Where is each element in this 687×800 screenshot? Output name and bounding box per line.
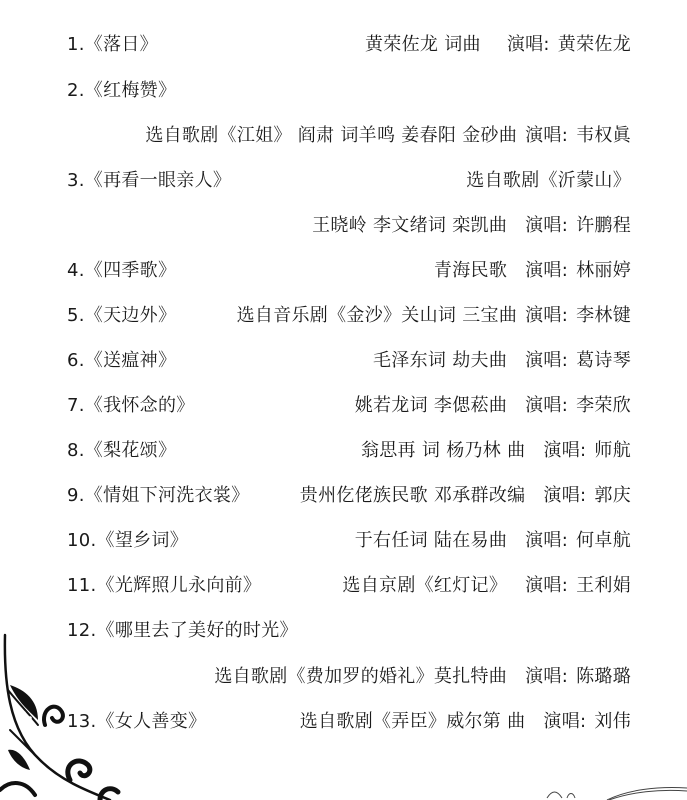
song-title: 《天边外》: [85, 305, 177, 326]
singer-label: 演唱:: [525, 346, 568, 376]
singer-label: 演唱:: [543, 481, 586, 511]
concert-program-page: 1.《落日》 黄荣佐龙 词曲演唱:黄荣佐龙 2.《红梅赞》 选自歌剧《江姐》 阎…: [0, 0, 687, 800]
item-number: 10.: [67, 530, 97, 551]
credits: 选自歌剧《江姐》 阎肃 词羊鸣 姜春阳 金砂曲: [145, 121, 517, 151]
program-item-8-credits-line: 翁思再 词 杨乃林 曲演唱:师航: [361, 436, 631, 466]
credits: 王晓岭 李文绪词 栾凯曲: [312, 211, 507, 241]
program-item-8-title-line: 8.《梨花颂》: [67, 436, 176, 466]
singer: 王利娟: [576, 571, 631, 601]
credits: 选自歌剧《费加罗的婚礼》莫扎特曲: [214, 662, 507, 692]
singer: 何卓航: [576, 526, 631, 556]
item-number: 5.: [67, 305, 85, 326]
song-title: 《我怀念的》: [85, 395, 195, 416]
singer: 李林键: [576, 301, 631, 331]
program-item-7-title-line: 7.《我怀念的》: [67, 391, 195, 421]
program-item-7-credits-line: 姚若龙词 李偲菘曲演唱:李荣欣: [355, 391, 631, 421]
item-number: 3.: [67, 170, 85, 191]
singer: 葛诗琴: [576, 346, 631, 376]
program-item-13-credits-line: 选自歌剧《弄臣》威尔第 曲演唱:刘伟: [300, 707, 631, 737]
program-item-5-credits-line: 选自音乐剧《金沙》关山词 三宝曲演唱:李林键: [237, 301, 631, 331]
singer-label: 演唱:: [543, 707, 586, 737]
program-item-3-source-line: 选自歌剧《沂蒙山》: [466, 166, 631, 196]
singer: 许鹏程: [576, 211, 631, 241]
singer-label: 演唱:: [525, 526, 568, 556]
singer: 林丽婷: [576, 256, 631, 286]
song-title: 《望乡词》: [97, 530, 189, 551]
program-item-1-credits-line: 黄荣佐龙 词曲演唱:黄荣佐龙: [365, 30, 631, 60]
singer-label: 演唱:: [525, 121, 568, 151]
program-item-6-title-line: 6.《送瘟神》: [67, 346, 176, 376]
song-title: 《落日》: [85, 34, 158, 55]
singer-label: 演唱:: [525, 662, 568, 692]
song-title: 《四季歌》: [85, 260, 177, 281]
singer-label: 演唱:: [525, 391, 568, 421]
item-number: 6.: [67, 350, 85, 371]
program-item-10-credits-line: 于右任词 陆在易曲演唱:何卓航: [355, 526, 631, 556]
singer-label: 演唱:: [525, 211, 568, 241]
program-item-2-credits-line: 选自歌剧《江姐》 阎肃 词羊鸣 姜春阳 金砂曲演唱:韦权眞: [145, 121, 631, 151]
credits: 翁思再 词 杨乃林 曲: [361, 436, 525, 466]
singer: 刘伟: [594, 707, 631, 737]
decorative-swirl-icon: [527, 780, 687, 800]
credits: 于右任词 陆在易曲: [355, 526, 507, 556]
singer-label: 演唱:: [525, 256, 568, 286]
program-item-4-credits-line: 青海民歌演唱:林丽婷: [434, 256, 631, 286]
singer: 师航: [594, 436, 631, 466]
program-item-1-title-line: 1.《落日》: [67, 30, 158, 60]
program-item-11-title-line: 11.《光辉照儿永向前》: [67, 571, 261, 601]
song-title: 《送瘟神》: [85, 350, 177, 371]
singer: 韦权眞: [576, 121, 631, 151]
program-item-5-title-line: 5.《天边外》: [67, 301, 176, 331]
singer: 李荣欣: [576, 391, 631, 421]
item-number: 1.: [67, 34, 85, 55]
program-item-12-credits-line: 选自歌剧《费加罗的婚礼》莫扎特曲演唱:陈璐璐: [214, 662, 631, 692]
singer-label: 演唱:: [525, 301, 568, 331]
program-item-4-title-line: 4.《四季歌》: [67, 256, 176, 286]
credits: 黄荣佐龙 词曲: [365, 30, 481, 60]
item-number: 2.: [67, 80, 85, 101]
item-number: 4.: [67, 260, 85, 281]
credits: 青海民歌: [434, 256, 507, 286]
singer: 郭庆: [594, 481, 631, 511]
credits: 姚若龙词 李偲菘曲: [355, 391, 507, 421]
item-number: 8.: [67, 440, 85, 461]
singer-label: 演唱:: [507, 30, 550, 60]
program-item-11-credits-line: 选自京剧《红灯记》演唱:王利娟: [342, 571, 631, 601]
program-item-6-credits-line: 毛泽东词 劫夫曲演唱:葛诗琴: [373, 346, 631, 376]
singer-label: 演唱:: [525, 571, 568, 601]
program-item-10-title-line: 10.《望乡词》: [67, 526, 188, 556]
item-number: 7.: [67, 395, 85, 416]
program-item-3-title-line: 3.《再看一眼亲人》: [67, 166, 231, 196]
singer: 黄荣佐龙: [558, 30, 631, 60]
singer-label: 演唱:: [543, 436, 586, 466]
song-title: 《梨花颂》: [85, 440, 177, 461]
item-number: 11.: [67, 575, 97, 596]
song-title: 《光辉照儿永向前》: [97, 575, 262, 596]
song-title: 《红梅赞》: [85, 80, 177, 101]
floral-flourish-icon: [0, 630, 200, 800]
credits: 选自京剧《红灯记》: [342, 571, 507, 601]
credits: 毛泽东词 劫夫曲: [373, 346, 507, 376]
program-item-9-credits-line: 贵州仡佬族民歌 邓承群改编演唱:郭庆: [300, 481, 631, 511]
program-item-9-title-line: 9.《情姐下河洗衣裳》: [67, 481, 249, 511]
source: 选自歌剧《沂蒙山》: [466, 166, 631, 196]
song-title: 《再看一眼亲人》: [85, 170, 231, 191]
credits: 贵州仡佬族民歌 邓承群改编: [300, 481, 526, 511]
item-number: 9.: [67, 485, 85, 506]
singer: 陈璐璐: [576, 662, 631, 692]
program-item-2-title-line: 2.《红梅赞》: [67, 76, 176, 106]
song-title: 《情姐下河洗衣裳》: [85, 485, 250, 506]
credits: 选自歌剧《弄臣》威尔第 曲: [300, 707, 526, 737]
program-item-3-credits-line: 王晓岭 李文绪词 栾凯曲演唱:许鹏程: [312, 211, 631, 241]
credits: 选自音乐剧《金沙》关山词 三宝曲: [237, 301, 518, 331]
